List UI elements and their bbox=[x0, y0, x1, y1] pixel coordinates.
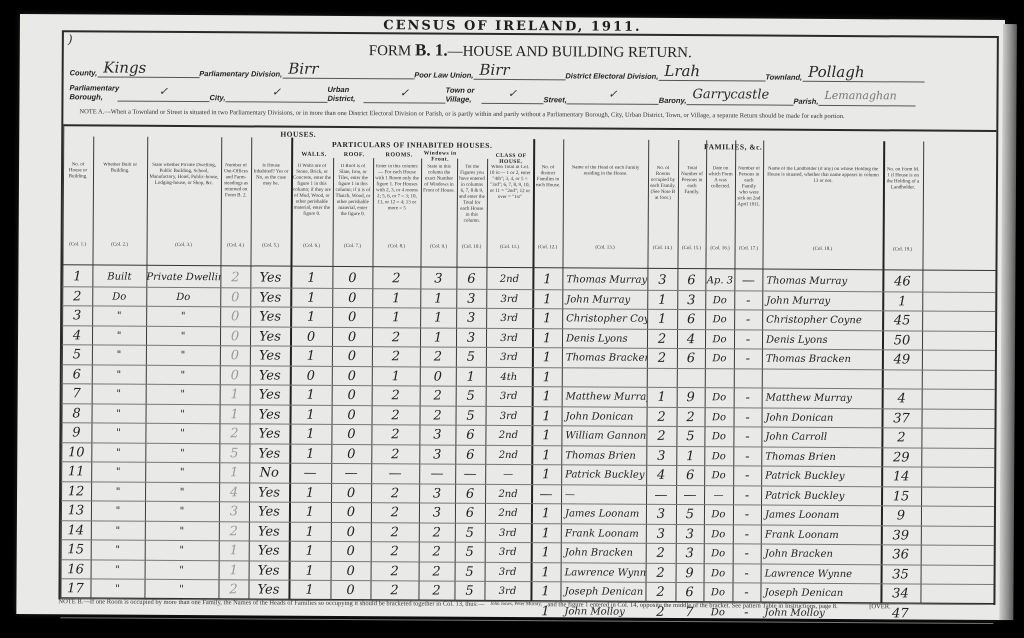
cell-form-no bbox=[882, 369, 922, 388]
cell-form-no: 14 bbox=[881, 466, 921, 485]
cell-landholder: Joseph Denican bbox=[760, 583, 880, 603]
cell-roof: 0 bbox=[330, 580, 370, 599]
urban-district-label: Urban District, bbox=[327, 85, 363, 103]
cell-roof: 0 bbox=[331, 482, 371, 501]
cell-rooms: 2 bbox=[371, 561, 419, 580]
column-header-3: State whether Private Dwelling, Public B… bbox=[149, 163, 219, 237]
column-header-6: If Walls are of Stone, Brick, or Concret… bbox=[293, 164, 331, 238]
city-label: City, bbox=[209, 93, 225, 102]
cell-roof: — bbox=[331, 463, 371, 482]
section-families: FAMILIES, &c. bbox=[533, 141, 933, 152]
cell-date: Do bbox=[704, 563, 733, 582]
cell-no: 2 bbox=[62, 286, 92, 305]
cell-inhabited: Yes bbox=[249, 443, 289, 462]
cell-outoffices: 0 bbox=[220, 287, 250, 306]
cell-families: 1 bbox=[532, 308, 562, 327]
cell-persons: 1 bbox=[676, 446, 704, 465]
cell-walls: 1 bbox=[290, 307, 332, 326]
cell-outoffices: 0 bbox=[220, 365, 250, 384]
cell-outoffices: 1 bbox=[220, 384, 250, 403]
cell-form-no: 34 bbox=[880, 583, 920, 602]
parliamentary-borough-field: Parliamentary Borough, ✓ bbox=[69, 82, 209, 102]
cell-rooms: 2 bbox=[372, 346, 420, 365]
cell-head: Joseph Denican bbox=[560, 581, 645, 601]
column-header-7: If Roof is of Slate, Iron, or Tiles, ent… bbox=[335, 164, 371, 238]
cell-no: 11 bbox=[61, 461, 91, 480]
cell-no: 14 bbox=[61, 520, 91, 539]
cell-state: " bbox=[146, 384, 220, 403]
cell-no: 15 bbox=[61, 539, 91, 558]
district-electoral-division-value: Lrah bbox=[658, 62, 765, 82]
parliamentary-borough-label: Parliamentary Borough, bbox=[69, 83, 117, 101]
column-number-4: (Col. 4.) bbox=[221, 243, 251, 248]
cell-windows: 2 bbox=[420, 405, 456, 424]
cell-rooms: — bbox=[371, 463, 419, 482]
cell-inhabited: Yes bbox=[249, 501, 289, 520]
cell-head: Lawrence Wynne bbox=[561, 562, 646, 582]
cell-outoffices: 5 bbox=[219, 443, 249, 462]
cell-outoffices: 1 bbox=[220, 404, 250, 423]
cell-total: 1 bbox=[456, 366, 486, 385]
cell-families: 1 bbox=[532, 347, 562, 366]
column-number-13: (Col. 13.) bbox=[563, 245, 648, 251]
cell-no: 1 bbox=[62, 266, 92, 285]
cell-rooms: 1 bbox=[372, 366, 420, 385]
cell-date: Do bbox=[705, 348, 734, 367]
note-a: NOTE A.—When a Townland or Street is sit… bbox=[79, 108, 844, 120]
cell-built: " bbox=[91, 500, 145, 519]
parish-label: Parish, bbox=[793, 97, 818, 106]
column-header-9: State in this column the exact Number of… bbox=[423, 164, 455, 238]
column-number-12: (Col. 12.) bbox=[533, 245, 563, 250]
cell-head: Thomas Bracken bbox=[562, 347, 647, 367]
cell-walls: — bbox=[289, 463, 331, 482]
town-or-village-label: Town or Village, bbox=[445, 86, 481, 104]
cell-outoffices: 2 bbox=[219, 521, 249, 540]
cell-roof: 0 bbox=[332, 287, 372, 306]
cell-built: " bbox=[92, 403, 146, 422]
cell-windows: 3 bbox=[419, 424, 455, 443]
column-header-12: No. of distinct Families in each House. bbox=[535, 165, 561, 239]
cell-outoffices: 1 bbox=[219, 462, 249, 481]
cell-walls: 1 bbox=[288, 580, 330, 599]
cell-persons bbox=[677, 368, 705, 387]
cell-inhabited: Yes bbox=[250, 306, 290, 325]
cell-persons: 6 bbox=[677, 348, 705, 367]
cell-landholder: Patrick Buckley bbox=[761, 485, 881, 505]
cell-windows: 2 bbox=[420, 346, 456, 365]
cell-persons: 6 bbox=[676, 465, 704, 484]
cell-landholder: Thomas Bracken bbox=[762, 349, 882, 369]
section-rooms: ROOMS. bbox=[375, 152, 423, 158]
cell-families: 1 bbox=[532, 328, 562, 347]
cell-form-no: 35 bbox=[881, 564, 921, 583]
cell-windows: 1 bbox=[420, 307, 456, 326]
cell-persons: 9 bbox=[676, 563, 704, 582]
cell-windows: 2 bbox=[419, 541, 455, 560]
cell-date: Do bbox=[704, 504, 733, 523]
cell-rooms-occ: 1 bbox=[647, 309, 677, 328]
cell-rooms: 2 bbox=[372, 327, 420, 346]
column-number-10: (Col. 10.) bbox=[457, 245, 487, 250]
cell-rooms-occ: 1 bbox=[647, 289, 677, 308]
cell-sick: - bbox=[733, 465, 761, 484]
column-header-10: Tot the Figures you have entered in colu… bbox=[459, 165, 485, 239]
cell-sick: - bbox=[733, 504, 761, 523]
cell-windows: 3 bbox=[419, 483, 455, 502]
cell-head: John Murray bbox=[562, 289, 647, 309]
cell-outoffices: 2 bbox=[220, 267, 250, 286]
cell-no: 10 bbox=[61, 442, 91, 461]
cell-total: 5 bbox=[455, 522, 485, 541]
cell-state: " bbox=[146, 403, 220, 422]
cell-built: Built bbox=[92, 266, 146, 285]
district-electoral-division-field: District Electoral Division, Lrah bbox=[565, 61, 765, 81]
cell-families: 1 bbox=[531, 445, 561, 464]
cell-class: 4th bbox=[486, 366, 532, 385]
cell-class: 3rd bbox=[486, 405, 532, 424]
column-header-11: When Total in Col. 10 is:— 1 or 2, enter… bbox=[489, 165, 531, 239]
cell-state: " bbox=[145, 423, 219, 442]
cell-families: 1 bbox=[531, 542, 561, 561]
cell-class: 3rd bbox=[486, 288, 532, 307]
cell-no: 6 bbox=[62, 364, 92, 383]
urban-district-value: ✓ bbox=[363, 84, 445, 104]
cell-windows: 3 bbox=[419, 502, 455, 521]
cell-head: James Loonam bbox=[561, 503, 646, 523]
cell-roof: 0 bbox=[332, 365, 372, 384]
cell-rooms-occ: 1 bbox=[647, 387, 677, 406]
cell-sick: - bbox=[734, 348, 762, 367]
cell-state: " bbox=[145, 501, 219, 520]
cell-families: 1 bbox=[530, 581, 560, 600]
cell-roof: 0 bbox=[331, 541, 371, 560]
cell-class: 3rd bbox=[486, 308, 532, 327]
cell-total: 6 bbox=[455, 503, 485, 522]
cell-form-no: 9 bbox=[881, 505, 921, 524]
cell-persons: 3 bbox=[676, 524, 704, 543]
cell-roof: 0 bbox=[331, 560, 371, 579]
cell-walls: 1 bbox=[290, 404, 332, 423]
column-number-7: (Col. 7.) bbox=[333, 244, 373, 249]
cell-head: John Bracken bbox=[561, 542, 646, 562]
cell-date: Do bbox=[703, 582, 732, 601]
cell-persons: 5 bbox=[676, 426, 704, 445]
cell-families: 1 bbox=[532, 406, 562, 425]
cell-class: 2nd bbox=[485, 483, 531, 502]
column-number-6: (Col. 6.) bbox=[291, 244, 333, 249]
county-field: County, Kings bbox=[70, 58, 200, 78]
cell-inhabited: Yes bbox=[250, 287, 290, 306]
cell-rooms-occ: 2 bbox=[646, 406, 676, 425]
townland-field: Townland, Pollagh bbox=[765, 63, 924, 83]
cell-date: Do bbox=[704, 446, 733, 465]
cell-outoffices: 1 bbox=[219, 560, 249, 579]
cell-sick: - bbox=[732, 582, 760, 601]
cell-class: 3rd bbox=[484, 581, 530, 600]
cell-landholder: John Donican bbox=[761, 407, 881, 427]
cell-built: " bbox=[92, 305, 146, 324]
cell-walls: 1 bbox=[290, 346, 332, 365]
cell-total: 3 bbox=[456, 308, 486, 327]
column-number-19: (Col. 19.) bbox=[883, 247, 923, 252]
cell-persons: 3 bbox=[677, 290, 705, 309]
cell-state: " bbox=[145, 559, 219, 578]
cell-total: 5 bbox=[454, 581, 484, 600]
cell-inhabited: Yes bbox=[250, 345, 290, 364]
cell-sick: - bbox=[733, 485, 761, 504]
cell-rooms: 2 bbox=[372, 268, 420, 287]
cell-built: " bbox=[91, 481, 145, 500]
column-number-9: (Col. 9.) bbox=[421, 244, 457, 249]
cell-families: 1 bbox=[532, 289, 562, 308]
cell-no: 7 bbox=[62, 383, 92, 402]
cell-head: Frank Loonam bbox=[561, 523, 646, 543]
cell-built: " bbox=[91, 461, 145, 480]
cell-inhabited: Yes bbox=[249, 423, 289, 442]
cell-inhabited: Yes bbox=[250, 326, 290, 345]
cell-form-no: 45 bbox=[882, 310, 922, 329]
cell-outoffices: 1 bbox=[219, 540, 249, 559]
cell-inhabited: Yes bbox=[250, 267, 290, 286]
note-b-example: John Jones, Peter Murray, bbox=[490, 602, 542, 607]
column-header-4: Number of Out-Offices and Farm-steadings… bbox=[223, 163, 249, 237]
cell-head: Denis Lyons bbox=[562, 328, 647, 348]
parliamentary-division-value: Birr bbox=[282, 60, 414, 80]
cell-roof: 0 bbox=[331, 443, 371, 462]
cell-sick: — bbox=[734, 270, 762, 289]
cell-head: — bbox=[561, 484, 646, 504]
cell-inhabited: Yes bbox=[249, 540, 289, 559]
cell-total: 5 bbox=[456, 386, 486, 405]
cell-landholder: James Loonam bbox=[761, 505, 881, 525]
cell-state: " bbox=[145, 462, 219, 481]
poor-law-union-field: Poor Law Union, Birr bbox=[414, 60, 565, 80]
cell-date: Do bbox=[704, 465, 733, 484]
cell-date: Do bbox=[705, 387, 734, 406]
cell-head: Christopher Coyne bbox=[562, 308, 647, 328]
cell-inhabited: Yes bbox=[248, 579, 288, 598]
column-number-2: (Col. 2.) bbox=[93, 242, 147, 247]
column-number-16: (Col. 16.) bbox=[706, 246, 735, 251]
cell-class: 2nd bbox=[486, 269, 532, 288]
cell-date: Do bbox=[705, 290, 734, 309]
cell-landholder: Frank Loonam bbox=[761, 524, 881, 544]
cell-rooms: 2 bbox=[371, 522, 419, 541]
cell-rooms: 2 bbox=[372, 385, 420, 404]
cell-state: Do bbox=[146, 286, 220, 305]
cell-windows: 3 bbox=[419, 444, 455, 463]
cell-head: Thomas Brien bbox=[561, 445, 646, 465]
over-marker: [OVER. bbox=[869, 603, 891, 610]
cell-rooms: 2 bbox=[371, 483, 419, 502]
cell-date: Do bbox=[704, 543, 733, 562]
cell-sick: - bbox=[733, 446, 761, 465]
city-field: City, ✓ bbox=[209, 83, 327, 103]
cell-date: Ap. 3 bbox=[705, 270, 734, 289]
cell-total: 5 bbox=[455, 561, 485, 580]
cell-form-no: 4 bbox=[882, 388, 922, 407]
cell-walls: 1 bbox=[289, 541, 331, 560]
cell-total: 3 bbox=[456, 288, 486, 307]
street-field: Street, ✓ bbox=[543, 85, 658, 105]
cell-walls: 0 bbox=[290, 365, 332, 384]
column-number-18: (Col. 18.) bbox=[763, 247, 883, 253]
cell-windows: 2 bbox=[418, 580, 454, 599]
cell-built: " bbox=[92, 383, 146, 402]
cell-persons: 2 bbox=[676, 407, 704, 426]
cell-form-no: 29 bbox=[881, 447, 921, 466]
cell-class: — bbox=[485, 464, 531, 483]
cell-sick: - bbox=[734, 309, 762, 328]
urban-district-field: Urban District, ✓ bbox=[327, 84, 445, 104]
cell-total: 5 bbox=[456, 405, 486, 424]
column-header-15: Total Number of Persons in each Family. bbox=[680, 166, 704, 240]
cell-walls: 1 bbox=[290, 268, 332, 287]
cell-form-no: 36 bbox=[881, 544, 921, 563]
cell-sick bbox=[734, 368, 762, 387]
cell-windows: 1 bbox=[420, 288, 456, 307]
section-particulars: PARTICULARS OF INHABITED HOUSES. bbox=[293, 140, 531, 150]
cell-windows: 1 bbox=[420, 327, 456, 346]
cell-outoffices: 0 bbox=[220, 306, 250, 325]
barony-label: Barony, bbox=[659, 96, 687, 105]
column-header-2: Whether Built or Building. bbox=[95, 162, 145, 236]
parliamentary-division-label: Parliamentary Division, bbox=[199, 69, 282, 79]
cell-form-no: 46 bbox=[882, 271, 922, 290]
cell-landholder: John Murray bbox=[762, 290, 882, 310]
cell-total: 6 bbox=[455, 444, 485, 463]
cell-form-no: 49 bbox=[882, 349, 922, 368]
town-or-village-field: Town or Village, ✓ bbox=[445, 85, 543, 105]
column-number-11: (Col. 11.) bbox=[487, 245, 533, 250]
cell-rooms: 2 bbox=[371, 444, 419, 463]
cell-landholder: Thomas Murray bbox=[762, 271, 882, 291]
form-title-prefix: FORM bbox=[369, 43, 412, 59]
cell-date bbox=[705, 368, 734, 387]
cell-state: " bbox=[146, 306, 220, 325]
cell-roof: 0 bbox=[332, 346, 372, 365]
cell-no: 3 bbox=[62, 305, 92, 324]
cell-form-no: 2 bbox=[881, 427, 921, 446]
parish-value: Lemanaghan bbox=[818, 87, 915, 107]
cell-state: " bbox=[145, 481, 219, 500]
cell-head: Patrick Buckley bbox=[561, 464, 646, 484]
column-number-5: (Col. 5.) bbox=[251, 243, 291, 248]
cell-class: 2nd bbox=[485, 444, 531, 463]
cell-head bbox=[562, 367, 647, 387]
cell-no: 16 bbox=[61, 559, 91, 578]
cell-sick: - bbox=[734, 290, 762, 309]
barony-field: Barony, Garrycastle bbox=[659, 86, 794, 106]
column-header-1: No. of House or Building. bbox=[65, 162, 91, 236]
cell-state: " bbox=[145, 520, 219, 539]
cell-built: " bbox=[91, 559, 145, 578]
cell-built: " bbox=[91, 422, 145, 441]
cell-families: 1 bbox=[531, 425, 561, 444]
cell-state: " bbox=[145, 540, 219, 559]
cell-class: 2nd bbox=[485, 425, 531, 444]
section-walls: WALLS. bbox=[295, 152, 333, 158]
cell-inhabited: Yes bbox=[250, 404, 290, 423]
cell-families: 1 bbox=[531, 562, 561, 581]
cell-total: 5 bbox=[455, 542, 485, 561]
cell-windows: 0 bbox=[420, 366, 456, 385]
cell-sick: - bbox=[733, 543, 761, 562]
cell-outoffices: 3 bbox=[219, 501, 249, 520]
cell-rooms: 1 bbox=[372, 307, 420, 326]
parish-field: Parish, Lemanaghan bbox=[793, 87, 915, 107]
form-frame: ) FORM B. 1.—HOUSE AND BUILDING RETURN. … bbox=[58, 30, 998, 605]
townland-value: Pollagh bbox=[802, 63, 924, 83]
cell-rooms-occ: 4 bbox=[646, 465, 676, 484]
cell-families: 1 bbox=[532, 269, 562, 288]
townland-label: Townland, bbox=[765, 73, 802, 82]
cell-roof: 0 bbox=[331, 521, 371, 540]
cell-sick: - bbox=[734, 387, 762, 406]
cell-class: 3rd bbox=[486, 327, 532, 346]
cell-landholder: John Bracken bbox=[761, 544, 881, 564]
cell-rooms-occ: 3 bbox=[647, 270, 677, 289]
cell-persons: 5 bbox=[676, 504, 704, 523]
cell-persons: 3 bbox=[676, 543, 704, 562]
street-value: ✓ bbox=[567, 85, 659, 105]
cell-no: 8 bbox=[62, 403, 92, 422]
cell-state: Private Dwelling bbox=[146, 267, 220, 286]
cell-windows: 3 bbox=[420, 268, 456, 287]
cell-inhabited: No bbox=[249, 462, 289, 481]
cell-walls: 0 bbox=[290, 326, 332, 345]
cell-rooms: 2 bbox=[370, 580, 418, 599]
cell-state: " bbox=[146, 325, 220, 344]
street-label: Street, bbox=[543, 95, 566, 104]
cell-outoffices: 4 bbox=[219, 482, 249, 501]
cell-date: — bbox=[704, 485, 733, 504]
cell-sick: - bbox=[733, 524, 761, 543]
barony-value: Garrycastle bbox=[686, 86, 793, 106]
cell-total: 5 bbox=[456, 347, 486, 366]
cell-roof: 0 bbox=[332, 404, 372, 423]
cell-rooms: 2 bbox=[372, 405, 420, 424]
county-label: County, bbox=[70, 68, 98, 77]
cell-persons: 6 bbox=[677, 309, 705, 328]
cell-sick: - bbox=[733, 407, 761, 426]
cell-landholder: Matthew Murray bbox=[762, 388, 882, 408]
header-row-2: Parliamentary Borough, ✓ City, ✓ Urban D… bbox=[69, 82, 990, 107]
cell-head: John Donican bbox=[562, 406, 647, 426]
cell-class: 3rd bbox=[485, 522, 531, 541]
cell-total: 6 bbox=[456, 269, 486, 288]
cell-class: 3rd bbox=[485, 561, 531, 580]
column-header-18: Name of the Landholder (if any) on whose… bbox=[765, 167, 881, 242]
page-edge bbox=[999, 24, 1017, 620]
cell-built: " bbox=[91, 520, 145, 539]
column-header-19: No. on Form M. 1 if House is on the Hold… bbox=[885, 167, 921, 241]
cell-rooms: 2 bbox=[371, 541, 419, 560]
column-header-14: No. of Rooms occupied by each Family. (S… bbox=[650, 166, 676, 240]
cell-class: 3rd bbox=[486, 386, 532, 405]
cell-built: " bbox=[92, 364, 146, 383]
cell-rooms-occ: 2 bbox=[646, 562, 676, 581]
cell-walls: 1 bbox=[289, 424, 331, 443]
cell-windows: 2 bbox=[419, 561, 455, 580]
cell-rooms-occ: 2 bbox=[646, 543, 676, 562]
cell-rooms-occ: 2 bbox=[645, 582, 675, 601]
cell-rooms: 2 bbox=[371, 502, 419, 521]
cell-class: 3rd bbox=[486, 347, 532, 366]
cell-rooms-occ bbox=[647, 367, 677, 386]
cell-rooms-occ: 3 bbox=[646, 523, 676, 542]
